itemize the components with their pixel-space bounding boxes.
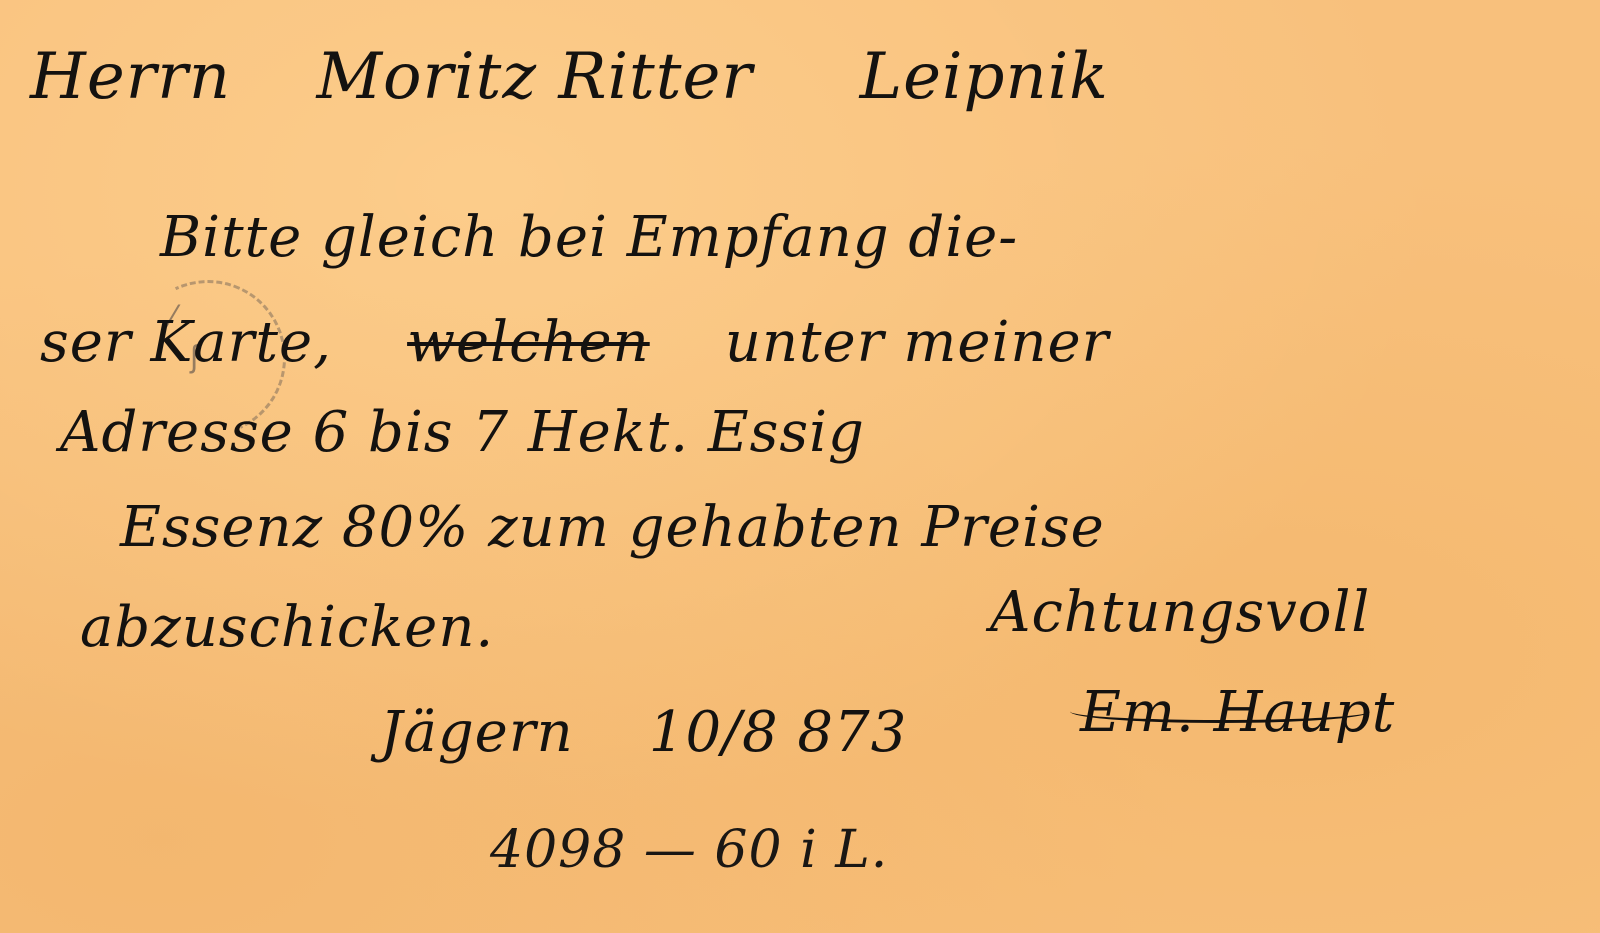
address-salutation: Herrn bbox=[30, 40, 231, 114]
body-line-1: Bitte gleich bei Empfang die- bbox=[160, 205, 1018, 270]
body-text: Essenz 80% zum gehabten Preise bbox=[120, 495, 1105, 560]
body-line-3: Adresse 6 bis 7 Hekt. Essig bbox=[60, 400, 865, 465]
body-text: abzuschicken. bbox=[80, 595, 494, 660]
closing-line: Achtungsvoll bbox=[990, 580, 1370, 645]
reference-number: 4098 — 60 i L. bbox=[490, 820, 888, 880]
address-line: Herrn Moritz Ritter Leipnik bbox=[30, 40, 1109, 114]
reference-note: 4098 — 60 i L. bbox=[490, 820, 888, 880]
body-line-2: ser Karte, welchen unter meiner bbox=[40, 310, 1109, 375]
place-date-line: Jägern 10/8 873 bbox=[380, 700, 907, 765]
date: 10/8 873 bbox=[649, 700, 907, 765]
body-line-5: abzuschicken. bbox=[80, 595, 494, 660]
closing: Achtungsvoll bbox=[990, 580, 1370, 645]
place: Jägern bbox=[380, 700, 574, 765]
body-text: Adresse 6 bis 7 Hekt. Essig bbox=[60, 400, 865, 465]
struck-word: welchen bbox=[407, 310, 650, 375]
address-place: Leipnik bbox=[860, 40, 1109, 114]
body-text: ser Karte, bbox=[40, 310, 332, 375]
signature-flourish bbox=[1070, 700, 1370, 723]
postcard: ⁄ ʃ Herrn Moritz Ritter Leipnik Bitte gl… bbox=[0, 0, 1600, 933]
address-recipient: Moritz Ritter bbox=[316, 40, 752, 114]
body-text: Bitte gleich bei Empfang die- bbox=[160, 205, 1018, 270]
body-line-4: Essenz 80% zum gehabten Preise bbox=[120, 495, 1105, 560]
body-text: unter meiner bbox=[725, 310, 1109, 375]
